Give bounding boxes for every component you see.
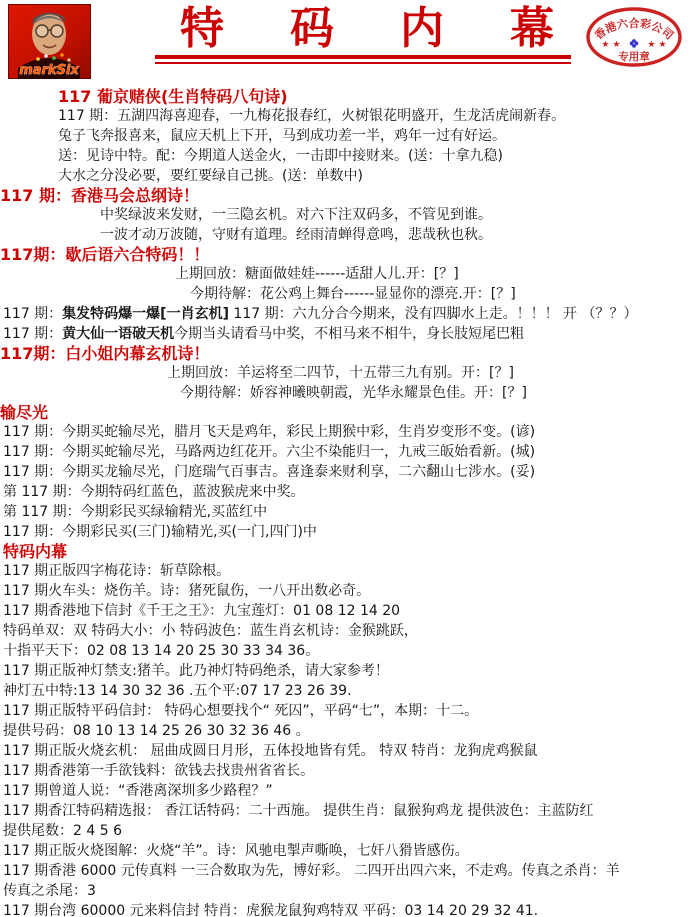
text-line: 第 117 期：今期彩民买绿输精光,买蓝红中 bbox=[0, 502, 690, 522]
marksix-logo: markSix bbox=[8, 4, 91, 79]
line-segment: 117 期火车头：烧伤羊。诗：猪死鼠伤，一八开出数必奇。 bbox=[3, 583, 370, 599]
line-segment: 117 期正版神灯禁支:猪羊。此乃神灯特码绝杀，请大家参考！ bbox=[3, 663, 389, 679]
text-line: 117 期：五湖四海喜迎春，一九梅花报春红，火树银花明盛开，生龙活虎闹新春。 bbox=[0, 106, 690, 126]
section-heading: 117期：歇后语六合特码！！ bbox=[0, 245, 690, 264]
page-title: 特码内幕 bbox=[180, 4, 620, 54]
text-line: 送：见诗中特。配：今期道人送金火，一击即中接财来。(送：十拿九稳) bbox=[0, 146, 690, 166]
line-segment: 117 期： bbox=[3, 326, 62, 342]
line-segment: 大水之分没必要，要红要绿自己挑。(送：单数中) bbox=[58, 168, 363, 184]
line-segment: 117 葡京赌侠(生肖特码八句诗) bbox=[58, 87, 288, 106]
line-segment: 117 期：今期买蛇输尽光，马路两边红花开。六尘不染能归一，九戒三皈始看新。(城… bbox=[3, 444, 535, 460]
text-line: 今期待解：花公鸡上舞台------显显你的漂亮.开：[？] bbox=[0, 284, 690, 304]
brand-logo-text: markSix bbox=[19, 63, 79, 78]
line-segment: 第 117 期：今期彩民买绿输精光,买蓝红中 bbox=[3, 504, 267, 520]
text-line: 中奖绿波来发财，一三隐玄机。对六下注双码多，不管见到谁。 bbox=[0, 205, 690, 225]
section-heading: 特码内幕 bbox=[0, 542, 690, 561]
text-line: 上期回放：羊运将至二四节，十五带三九有别。开：[？] bbox=[0, 363, 690, 383]
text-line: 传真之杀尾：3 bbox=[0, 881, 690, 901]
section-heading: 117 期：香港马会总纲诗！ bbox=[0, 186, 690, 205]
header: markSix 特码内幕 香港六合彩公司 ★ ★ ★ ★ 专用章 bbox=[0, 0, 690, 86]
section-heading: 输尽光 bbox=[0, 403, 690, 422]
line-segment: 今期当头请看马中奖，不相马来不相牛，身长肢短尾巴粗 bbox=[174, 326, 524, 342]
text-line: 117 期曾道人说：“香港离深圳多少路程？” bbox=[0, 781, 690, 801]
text-line: 神灯五中特:13 14 30 32 36 .五个平:07 17 23 26 39… bbox=[0, 681, 690, 701]
line-segment: 117 期：今期买蛇输尽光，腊月飞天是鸡年，彩民上期猴中彩，生肖岁变形不变。(谚… bbox=[3, 424, 535, 440]
line-segment: 中奖绿波来发财，一三隐玄机。对六下注双码多，不管见到谁。 bbox=[100, 207, 492, 223]
text-line: 117 期正版火烧玄机： 屈曲成圆日月形，五体投地皆有凭。 特双 特肖：龙狗虎鸡… bbox=[0, 741, 690, 761]
text-line: 十指平天下：02 08 13 14 20 25 30 33 34 36。 bbox=[0, 641, 690, 661]
line-segment: 117 期香港第一手欲钱料：欲钱去找贵州省省长。 bbox=[3, 763, 314, 779]
line-segment: 兔子飞奔报喜来，鼠应天机上下开，马到成功差一半，鸡年一过有好运。 bbox=[58, 128, 506, 144]
line-segment: 神灯五中特:13 14 30 32 36 .五个平:07 17 23 26 39… bbox=[3, 683, 352, 699]
line-segment: 117 期正版火烧图解：火烧“羊”。诗：风驰电掣声嘶唤，七奸八猾皆感伤。 bbox=[3, 843, 469, 859]
stamp-stars-right: ★ ★ bbox=[647, 40, 666, 50]
line-segment: 送：见诗中特。配：今期道人送金火，一击即中接财来。(送：十拿九稳) bbox=[58, 148, 503, 164]
text-line: 117 期香港地下信封《千王之王》：九宝莲灯：01 08 12 14 20 bbox=[0, 601, 690, 621]
line-segment: 输尽光 bbox=[0, 403, 48, 422]
line-segment: 特码单双：双 特码大小：小 特码波色：蓝生肖玄机诗：金猴跳跃， bbox=[3, 623, 418, 639]
line-segment: 黄大仙一语破天机 bbox=[62, 326, 174, 342]
line-segment: 一波才动万波随，守财有道理。经雨清蝉得意鸣，悲哉秋也秋。 bbox=[100, 227, 492, 243]
company-stamp: 香港六合彩公司 ★ ★ ★ ★ 专用章 bbox=[584, 5, 684, 69]
confetti-dot bbox=[44, 54, 48, 58]
line-segment: 提供尾数：2 4 5 6 bbox=[3, 823, 122, 839]
confetti-dot bbox=[52, 56, 56, 60]
text-line: 117 期：集发特码爆一爆[一肖玄机] 117 期：六九分合今期来，没有四脚水上… bbox=[0, 304, 690, 324]
line-segment: 特码内幕 bbox=[3, 542, 67, 561]
line-segment: 117期：歇后语六合特码！！ bbox=[0, 245, 209, 264]
line-segment: 117 期正版特平码信封： 特码心想要找个“ 死囚”，平码“七”，本期：十二。 bbox=[3, 703, 478, 719]
line-segment: 117 期香港地下信封《千王之王》：九宝莲灯：01 08 12 14 20 bbox=[3, 603, 400, 619]
stamp-stars-left: ★ ★ bbox=[601, 40, 620, 50]
text-line: 今期待解：娇容神曦映朝霞，光华永耀景色佳。开：[？] bbox=[0, 383, 690, 403]
line-segment: 十指平天下：02 08 13 14 20 25 30 33 34 36。 bbox=[3, 643, 319, 659]
text-line: 117 期正版特平码信封： 特码心想要找个“ 死囚”，平码“七”，本期：十二。 bbox=[0, 701, 690, 721]
line-segment: 今期待解：花公鸡上舞台------显显你的漂亮.开：[？] bbox=[190, 286, 516, 302]
text-line: 一波才动万波随，守财有道理。经雨清蝉得意鸣，悲哉秋也秋。 bbox=[0, 225, 690, 245]
text-line: 117 期火车头：烧伤羊。诗：猪死鼠伤，一八开出数必奇。 bbox=[0, 581, 690, 601]
text-line: 117 期香港第一手欲钱料：欲钱去找贵州省省长。 bbox=[0, 761, 690, 781]
line-segment: 117 期：六九分合今期来，没有四脚水上走。！！！ 开 （？？） bbox=[229, 306, 638, 322]
line-segment: 上期回放：糖面做娃娃------适甜人儿.开：[？] bbox=[175, 266, 459, 282]
line-segment: 117 期：今期彩民买(三门)输精光,买(一门,四门)中 bbox=[3, 524, 317, 540]
line-segment: 117 期： bbox=[3, 306, 62, 322]
text-line: 兔子飞奔报喜来，鼠应天机上下开，马到成功差一半，鸡年一过有好运。 bbox=[0, 126, 690, 146]
line-segment: 117 期香港 6000 元传真料 一三合数取为先，博好彩。 二四开出四六来，不… bbox=[3, 863, 620, 879]
document-body: 117 葡京赌侠(生肖特码八句诗)117 期：五湖四海喜迎春，一九梅花报春红，火… bbox=[0, 86, 690, 917]
text-line: 117 期正版火烧图解：火烧“羊”。诗：风驰电掣声嘶唤，七奸八猾皆感伤。 bbox=[0, 841, 690, 861]
text-line: 117 期：今期买蛇输尽光，腊月飞天是鸡年，彩民上期猴中彩，生肖岁变形不变。(谚… bbox=[0, 422, 690, 442]
text-line: 第 117 期：今期特码红蓝色，蓝波猴虎来中奖。 bbox=[0, 482, 690, 502]
section-heading: 117期：白小姐内幕玄机诗！ bbox=[0, 344, 690, 363]
text-line: 117 期：黄大仙一语破天机今期当头请看马中奖，不相马来不相牛，身长肢短尾巴粗 bbox=[0, 324, 690, 344]
line-segment: 117 期香江特码精选报： 香江话特码：二十西施。 提供生肖：鼠猴狗鸡龙 提供波… bbox=[3, 803, 594, 819]
stamp-bottom-text: 专用章 bbox=[618, 50, 650, 63]
section-heading: 117 葡京赌侠(生肖特码八句诗) bbox=[0, 87, 690, 106]
text-line: 117 期正版四字梅花诗：斩草除根。 bbox=[0, 561, 690, 581]
text-line: 提供尾数：2 4 5 6 bbox=[0, 821, 690, 841]
line-segment: 上期回放：羊运将至二四节，十五带三九有别。开：[？] bbox=[167, 365, 514, 381]
line-segment: 今期待解：娇容神曦映朝霞，光华永耀景色佳。开：[？] bbox=[180, 385, 527, 401]
confetti-dot bbox=[67, 58, 70, 61]
line-segment: 117 期：今期买龙输尽光，门庭瑞气百事吉。喜逢泰来财利享，二六翻山七涉水。(妥… bbox=[3, 464, 535, 480]
text-line: 117 期香港 6000 元传真料 一三合数取为先，博好彩。 二四开出四六来，不… bbox=[0, 861, 690, 881]
line-segment: 117期：白小姐内幕玄机诗！ bbox=[0, 344, 209, 363]
line-segment: 117 期正版火烧玄机： 屈曲成圆日月形，五体投地皆有凭。 特双 特肖：龙狗虎鸡… bbox=[3, 743, 538, 759]
line-segment: 传真之杀尾：3 bbox=[3, 883, 96, 899]
line-segment: 117 期台湾 60000 元来料信封 特肖：虎猴龙鼠狗鸡特双 平码：03 14… bbox=[3, 903, 538, 917]
line-segment: 提供号码：08 10 13 14 25 26 30 32 36 46 。 bbox=[3, 723, 310, 739]
title-block: 特码内幕 bbox=[180, 4, 620, 64]
text-line: 上期回放：糖面做娃娃------适甜人儿.开：[？] bbox=[0, 264, 690, 284]
line-segment: 117 期正版四字梅花诗：斩草除根。 bbox=[3, 563, 230, 579]
glasses-right-lens bbox=[51, 25, 63, 37]
line-segment: 117 期：五湖四海喜迎春，一九梅花报春红，火树银花明盛开，生龙活虎闹新春。 bbox=[58, 108, 565, 124]
text-line: 117 期香江特码精选报： 香江话特码：二十西施。 提供生肖：鼠猴狗鸡龙 提供波… bbox=[0, 801, 690, 821]
tip-sheet-page: markSix 特码内幕 香港六合彩公司 ★ ★ ★ ★ 专用章 bbox=[0, 0, 690, 917]
text-line: 117 期正版神灯禁支:猪羊。此乃神灯特码绝杀，请大家参考！ bbox=[0, 661, 690, 681]
text-line: 特码单双：双 特码大小：小 特码波色：蓝生肖玄机诗：金猴跳跃， bbox=[0, 621, 690, 641]
line-segment: 第 117 期：今期特码红蓝色，蓝波猴虎来中奖。 bbox=[3, 484, 305, 500]
confetti-dot bbox=[60, 53, 64, 57]
text-line: 117 期：今期买蛇输尽光，马路两边红花开。六尘不染能归一，九戒三皈始看新。(城… bbox=[0, 442, 690, 462]
confetti-dot bbox=[36, 57, 40, 61]
text-line: 117 期台湾 60000 元来料信封 特肖：虎猴龙鼠狗鸡特双 平码：03 14… bbox=[0, 901, 690, 917]
glasses-left-lens bbox=[36, 25, 48, 37]
line-segment: 集发特码爆一爆[一肖玄机] bbox=[62, 306, 229, 322]
line-segment: 117 期曾道人说：“香港离深圳多少路程？” bbox=[3, 783, 273, 799]
line-segment: 117 期：香港马会总纲诗！ bbox=[0, 186, 199, 205]
text-line: 提供号码：08 10 13 14 25 26 30 32 36 46 。 bbox=[0, 721, 690, 741]
text-line: 117 期：今期买龙输尽光，门庭瑞气百事吉。喜逢泰来财利享，二六翻山七涉水。(妥… bbox=[0, 462, 690, 482]
text-line: 大水之分没必要，要红要绿自己挑。(送：单数中) bbox=[0, 166, 690, 186]
title-underline bbox=[155, 55, 571, 64]
text-line: 117 期：今期彩民买(三门)输精光,买(一门,四门)中 bbox=[0, 522, 690, 542]
